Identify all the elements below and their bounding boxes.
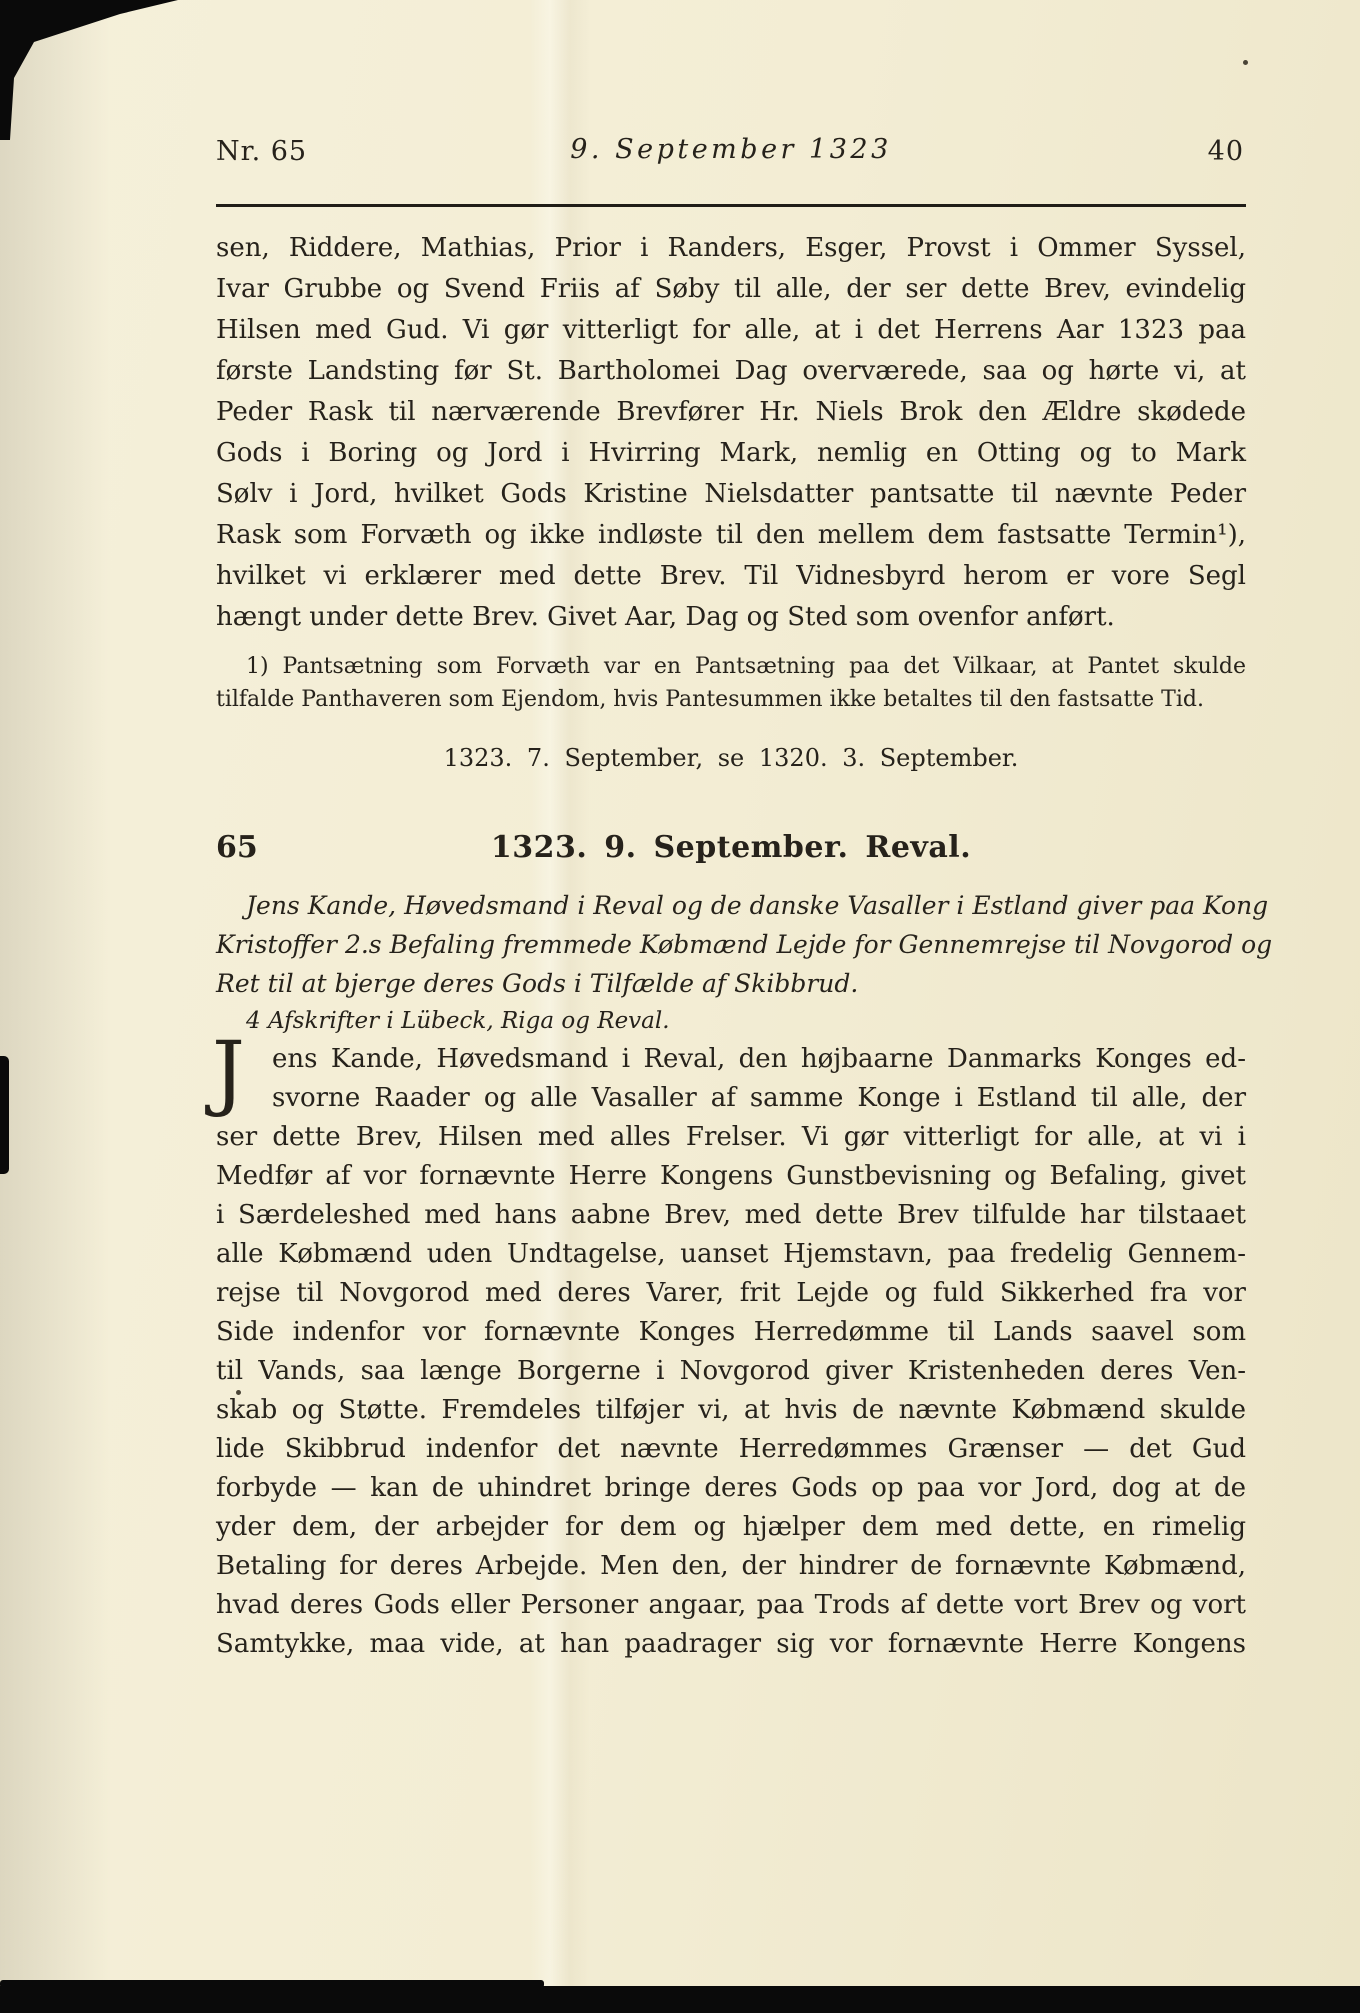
body-line: skab og Støtte. Fremdeles tilføjer vi, a… <box>216 1391 1246 1430</box>
doc65-margin-number: 65 <box>216 830 258 865</box>
text-line: hængt under dette Brev. Givet Aar, Dag o… <box>216 597 1246 638</box>
body-line: Betaling for deres Arbejde. Men den, der… <box>216 1547 1246 1586</box>
body-line: ens Kande, Høvedsmand i Reval, den højba… <box>216 1040 1246 1079</box>
regest-line: Jens Kande, Høvedsmand i Reval og de dan… <box>216 886 1246 925</box>
body-line: forbyde — kan de uhindret bringe deres G… <box>216 1469 1246 1508</box>
body-line: Medfør af vor fornævnte Herre Kongens Gu… <box>216 1157 1246 1196</box>
body-line: hvad deres Gods eller Personer angaar, p… <box>216 1586 1246 1625</box>
paper-speck <box>236 1390 241 1395</box>
header-rule <box>216 204 1246 207</box>
text-line: første Landsting før St. Bartholomei Dag… <box>216 351 1246 392</box>
doc65-source-note: 4 Afskrifter i Lübeck, Riga og Reval. <box>216 1008 1246 1034</box>
body-line: svorne Raader og alle Vasaller af samme … <box>216 1079 1246 1118</box>
text-line: Rask som Forvæth og ikke indløste til de… <box>216 515 1246 556</box>
text-line: Sølv i Jord, hvilket Gods Kristine Niels… <box>216 474 1246 515</box>
doc65-regest: Jens Kande, Høvedsmand i Reval og de dan… <box>216 886 1246 1003</box>
scan-artifact-top-left <box>0 0 190 140</box>
body-line: yder dem, der arbejder for dem og hjælpe… <box>216 1508 1246 1547</box>
body-line: i Særdeleshed med hans aabne Brev, med d… <box>216 1196 1246 1235</box>
regest-line: Kristoffer 2.s Befaling fremmede Købmænd… <box>216 925 1246 964</box>
paper-shadow-left <box>0 0 110 2013</box>
text-line: Gods i Boring og Jord i Hvirring Mark, n… <box>216 433 1246 474</box>
footnote-line: tilfalde Panthaveren som Ejendom, hvis P… <box>216 683 1246 716</box>
text-line: sen, Riddere, Mathias, Prior i Randers, … <box>216 228 1246 269</box>
running-header: Nr. 65 9. September 1323 40 <box>216 136 1246 176</box>
scan-artifact-bottom-band <box>0 1986 1360 2013</box>
book-page-scan: Nr. 65 9. September 1323 40 sen, Riddere… <box>0 0 1360 2013</box>
header-doc-number: Nr. 65 <box>216 136 307 167</box>
doc65-heading-title: 1323. 9. September. Reval. <box>216 830 1246 865</box>
body-line: rejse til Novgorod med deres Varer, frit… <box>216 1274 1246 1313</box>
footnote: 1) Pantsætning som Forvæth var en Pantsæ… <box>216 650 1246 716</box>
body-line: lide Skibbrud indenfor det nævnte Herred… <box>216 1430 1246 1469</box>
doc65-body-paragraph: J ens Kande, Høvedsmand i Reval, den høj… <box>216 1040 1246 1664</box>
header-page-number: 40 <box>1208 136 1244 167</box>
drop-cap-initial: J <box>212 1032 245 1114</box>
body-line: alle Købmænd uden Undtagelse, uanset Hje… <box>216 1235 1246 1274</box>
regest-line: Ret til at bjerge deres Gods i Tilfælde … <box>216 964 1246 1003</box>
body-line: til Vands, saa længe Borgerne i Novgorod… <box>216 1352 1246 1391</box>
scan-artifact-left-edge <box>0 1056 9 1174</box>
header-running-date: 9. September 1323 <box>570 134 892 165</box>
body-line: Side indenfor vor fornævnte Konges Herre… <box>216 1313 1246 1352</box>
text-column: Nr. 65 9. September 1323 40 sen, Riddere… <box>216 0 1246 2013</box>
footnote-line: 1) Pantsætning som Forvæth var en Pantsæ… <box>216 650 1246 683</box>
body-line: Samtykke, maa vide, at han paadrager sig… <box>216 1625 1246 1664</box>
text-line: hvilket vi erklærer med dette Brev. Til … <box>216 556 1246 597</box>
doc64-continuation-paragraph: sen, Riddere, Mathias, Prior i Randers, … <box>216 228 1246 638</box>
text-line: Peder Rask til nærværende Brevfører Hr. … <box>216 392 1246 433</box>
text-line: Hilsen med Gud. Vi gør vitterligt for al… <box>216 310 1246 351</box>
body-line: ser dette Brev, Hilsen med alles Frelser… <box>216 1118 1246 1157</box>
text-line: Ivar Grubbe og Svend Friis af Søby til a… <box>216 269 1246 310</box>
doc65-section-heading: 65 1323. 9. September. Reval. <box>216 830 1246 865</box>
paper-speck <box>1243 60 1248 65</box>
cross-reference-note: 1323. 7. September, se 1320. 3. Septembe… <box>216 744 1246 772</box>
